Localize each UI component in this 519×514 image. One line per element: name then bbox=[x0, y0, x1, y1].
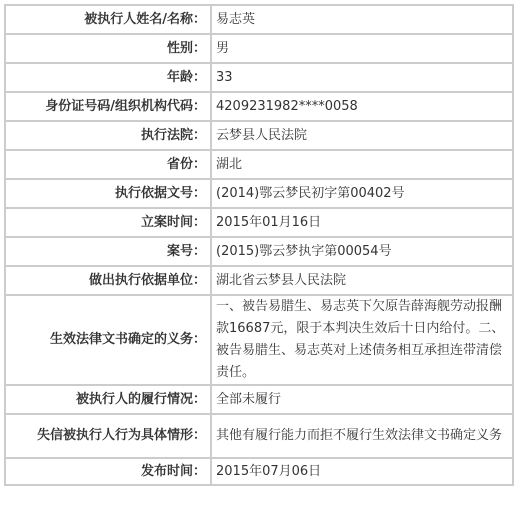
label-basis-doc-number: 执行依据文号： bbox=[5, 179, 211, 208]
row-basis-issuer: 做出执行依据单位： 湖北省云梦县人民法院 bbox=[5, 266, 513, 295]
value-filing-date: 2015年01月16日 bbox=[211, 208, 513, 237]
label-name: 被执行人姓名/名称： bbox=[5, 5, 211, 34]
row-basis-doc-number: 执行依据文号： (2014)鄂云梦民初字第00402号 bbox=[5, 179, 513, 208]
label-dishonest-behavior: 失信被执行人行为具体情形： bbox=[5, 414, 211, 458]
label-id-number: 身份证号码/组织机构代码： bbox=[5, 92, 211, 121]
value-basis-issuer: 湖北省云梦县人民法院 bbox=[211, 266, 513, 295]
label-filing-date: 立案时间： bbox=[5, 208, 211, 237]
row-obligations: 生效法律文书确定的义务： 一、被告易腊生、易志英下欠原告薛海舰劳动报酬款1668… bbox=[5, 295, 513, 385]
value-dishonest-behavior: 其他有履行能力而拒不履行生效法律文书确定义务 bbox=[211, 414, 513, 458]
row-publish-date: 发布时间： 2015年07月06日 bbox=[5, 458, 513, 485]
row-name: 被执行人姓名/名称： 易志英 bbox=[5, 5, 513, 34]
value-obligations: 一、被告易腊生、易志英下欠原告薛海舰劳动报酬款16687元，限于本判决生效后十日… bbox=[211, 295, 513, 385]
row-dishonest-behavior: 失信被执行人行为具体情形： 其他有履行能力而拒不履行生效法律文书确定义务 bbox=[5, 414, 513, 458]
label-case-number: 案号： bbox=[5, 237, 211, 266]
value-publish-date: 2015年07月06日 bbox=[211, 458, 513, 485]
value-basis-doc-number: (2014)鄂云梦民初字第00402号 bbox=[211, 179, 513, 208]
row-id-number: 身份证号码/组织机构代码： 4209231982****0058 bbox=[5, 92, 513, 121]
label-performance-status: 被执行人的履行情况： bbox=[5, 385, 211, 414]
row-province: 省份： 湖北 bbox=[5, 150, 513, 179]
row-gender: 性别： 男 bbox=[5, 34, 513, 63]
label-age: 年龄： bbox=[5, 63, 211, 92]
row-case-number: 案号： (2015)鄂云梦执字第00054号 bbox=[5, 237, 513, 266]
label-gender: 性别： bbox=[5, 34, 211, 63]
row-filing-date: 立案时间： 2015年01月16日 bbox=[5, 208, 513, 237]
label-publish-date: 发布时间： bbox=[5, 458, 211, 485]
label-province: 省份： bbox=[5, 150, 211, 179]
label-basis-issuer: 做出执行依据单位： bbox=[5, 266, 211, 295]
row-age: 年龄： 33 bbox=[5, 63, 513, 92]
label-court: 执行法院： bbox=[5, 121, 211, 150]
label-obligations: 生效法律文书确定的义务： bbox=[5, 295, 211, 385]
value-name: 易志英 bbox=[211, 5, 513, 34]
value-id-number: 4209231982****0058 bbox=[211, 92, 513, 121]
row-court: 执行法院： 云梦县人民法院 bbox=[5, 121, 513, 150]
value-court: 云梦县人民法院 bbox=[211, 121, 513, 150]
value-province: 湖北 bbox=[211, 150, 513, 179]
row-performance-status: 被执行人的履行情况： 全部未履行 bbox=[5, 385, 513, 414]
value-performance-status: 全部未履行 bbox=[211, 385, 513, 414]
value-gender: 男 bbox=[211, 34, 513, 63]
value-case-number: (2015)鄂云梦执字第00054号 bbox=[211, 237, 513, 266]
value-age: 33 bbox=[211, 63, 513, 92]
dishonest-debtor-info-table: 被执行人姓名/名称： 易志英 性别： 男 年龄： 33 身份证号码/组织机构代码… bbox=[4, 4, 514, 486]
